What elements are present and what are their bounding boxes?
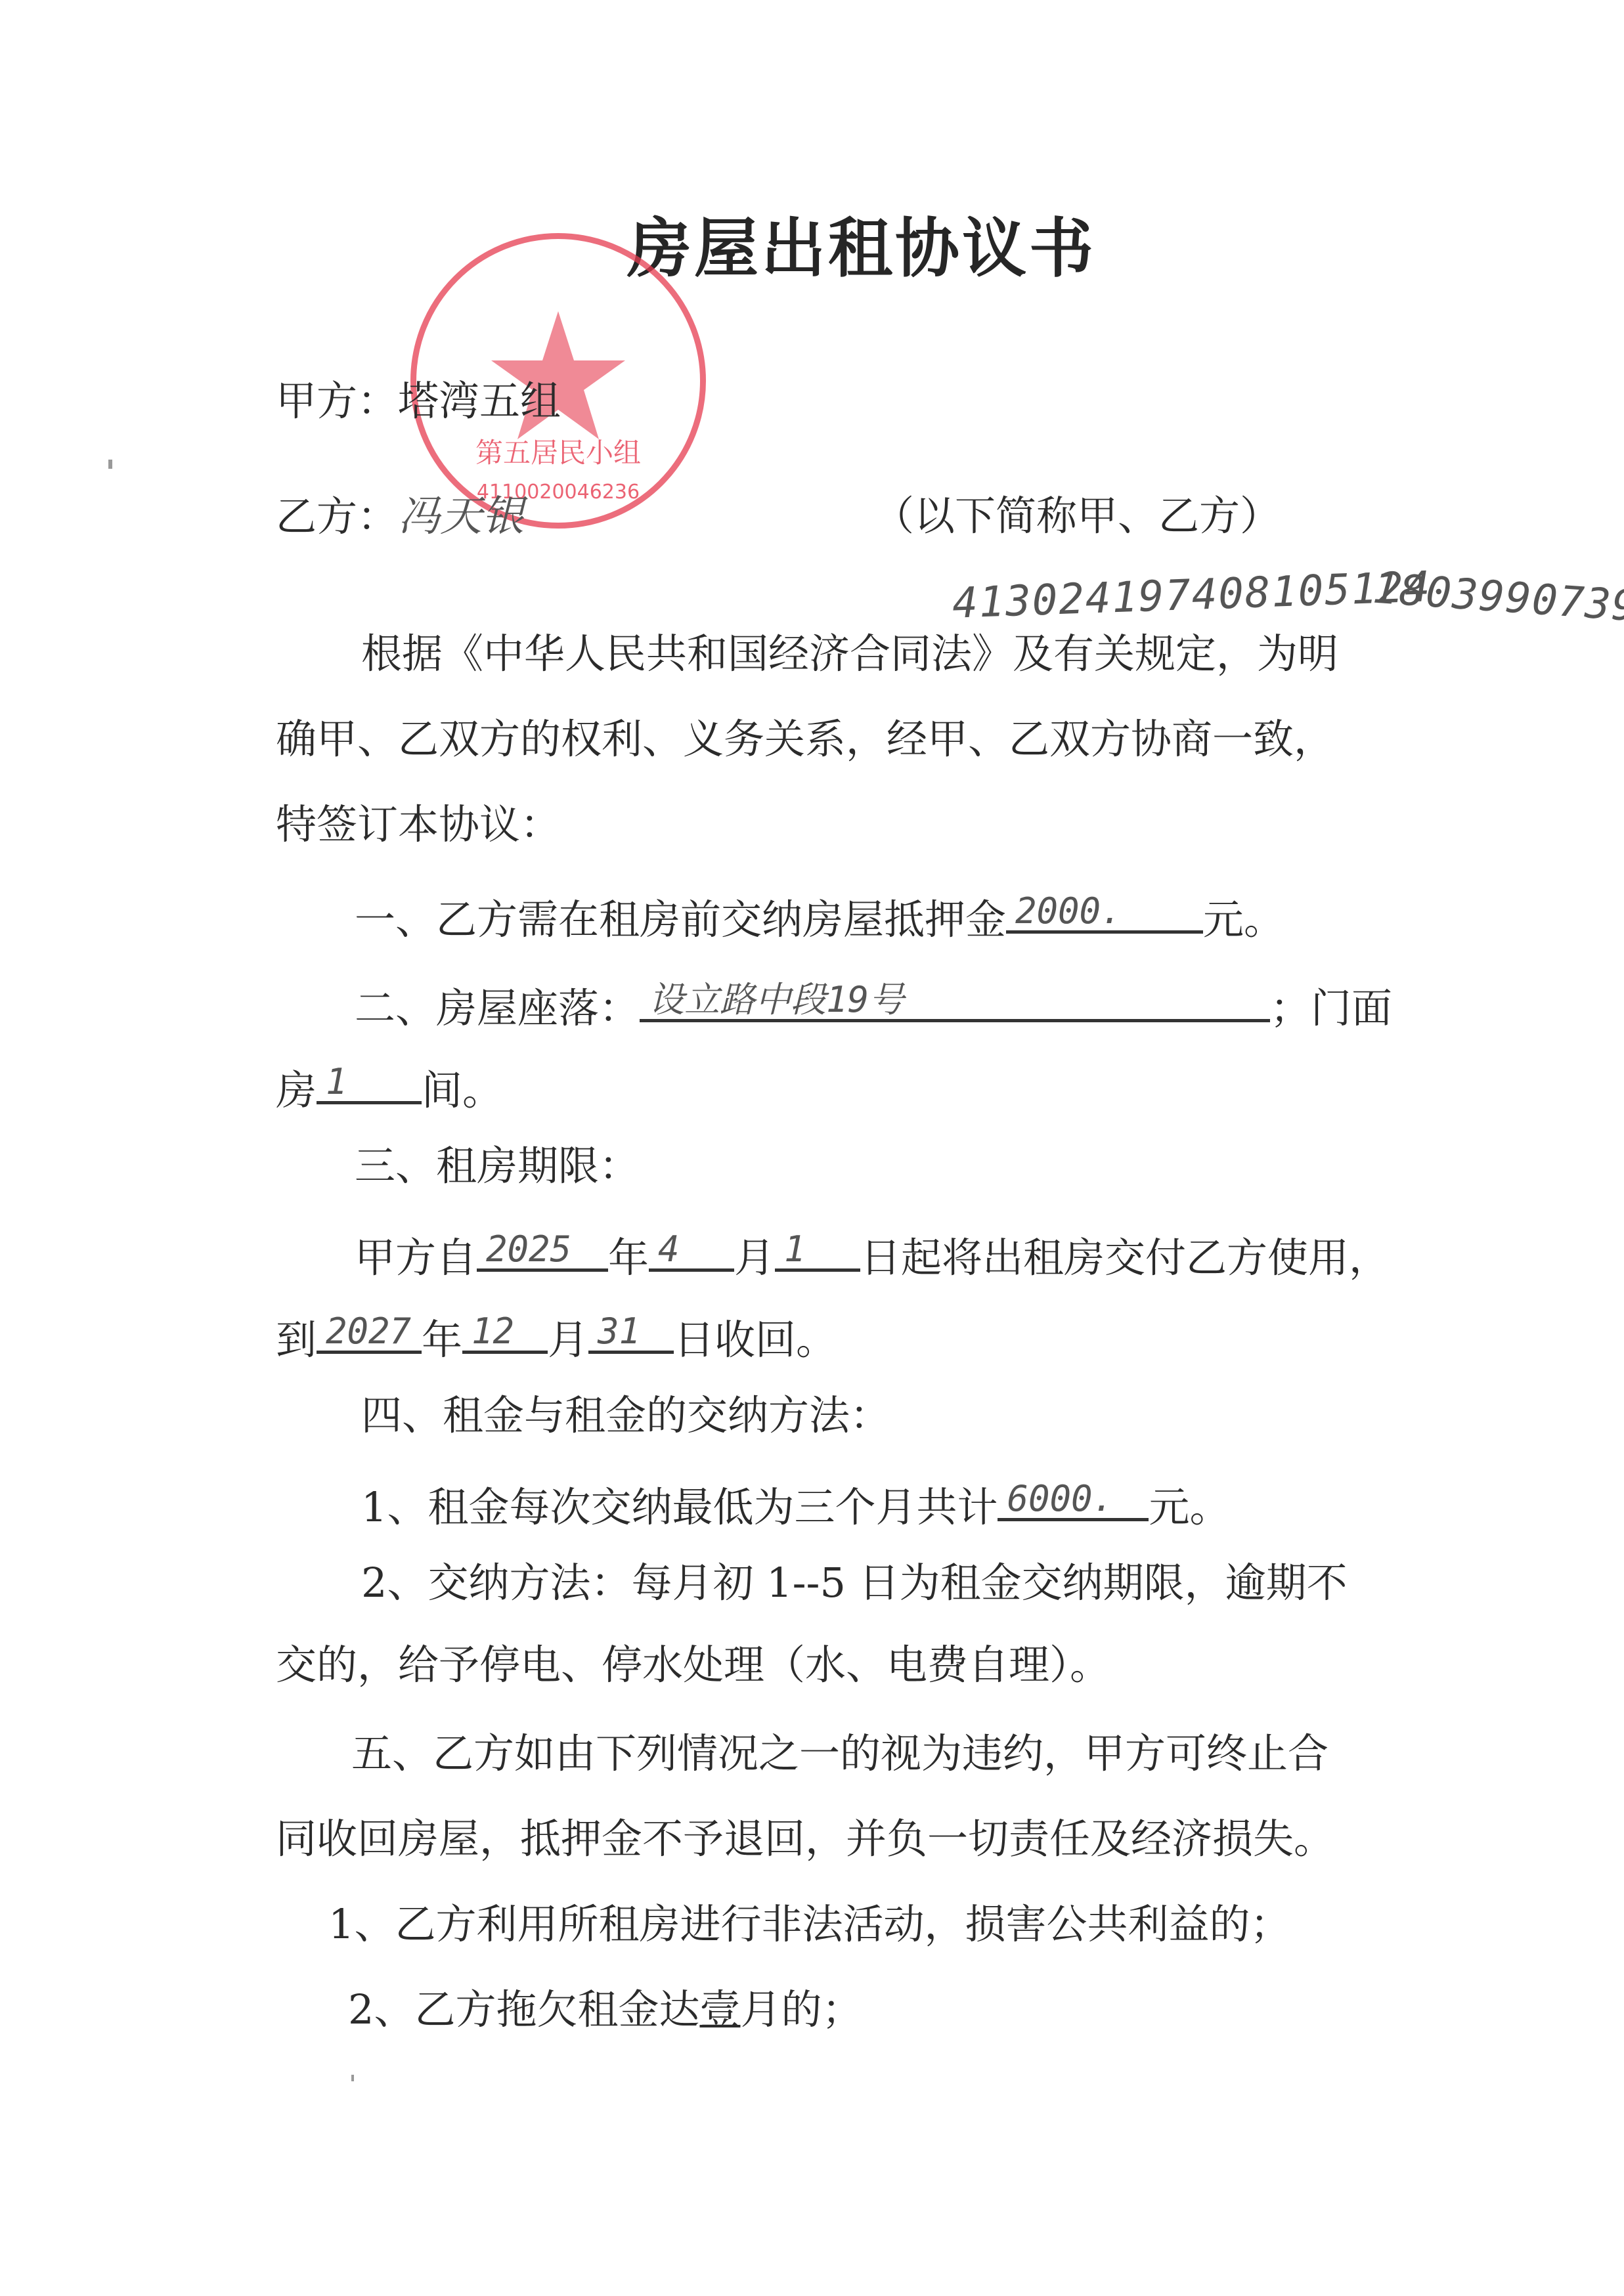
party-a-label: 甲方： [276,377,398,425]
from-suffix: 日起将出租房交付乙方使用， [860,1234,1390,1282]
end-day-field: 31 [588,1310,674,1354]
end-day: 31 [598,1314,640,1349]
scan-speck [351,2075,354,2081]
start-month-field: 4 [649,1228,734,1272]
clause-4-item-2-line-1: 2、交纳方法：每月初 1--5 日为租金交纳期限，逾期不 [361,1563,1348,1603]
intro-line-1: 根据《中华人民共和国经济合同法》及有关规定，为明 [361,634,1338,674]
rent-value: 6000. [1007,1481,1114,1517]
party-b-line: 乙方：冯天银 [276,496,524,538]
intro-line-2: 确甲、乙双方的权利、义务关系，经甲、乙双方协商一致， [276,719,1334,760]
rooms-value: 1 [326,1064,347,1100]
arrears-text: 2、乙方拖欠租金达 [348,1985,699,2033]
clause-5-line-1: 五、乙方如由下列情况之一的视为违约，甲方可终止合 [351,1733,1328,1774]
clause-2-line-2: 房1间。 [276,1060,503,1111]
to-prefix: 到 [276,1316,317,1364]
start-day: 1 [784,1232,806,1267]
start-day-field: 1 [775,1228,860,1272]
handwritten-id-number: 413024197408105124 [952,563,1432,628]
year-label-2: 年 [422,1316,462,1364]
rent-field: 6000. [998,1477,1149,1521]
end-month-field: 12 [462,1310,548,1354]
lease-start-line: 甲方自2025年4月1日起将出租房交付乙方使用， [355,1228,1390,1278]
arrears-months: 壹 [699,1985,740,2033]
clause-4-item-1: 1、租金每次交纳最低为三个月共计6000.元。 [361,1477,1230,1528]
end-year: 2027 [326,1314,411,1349]
to-suffix: 日收回。 [674,1316,837,1364]
scan-speck [108,460,112,469]
rooms-prefix: 房 [276,1066,317,1114]
clause-3-heading: 三、租房期限： [355,1146,640,1186]
clause-1-suffix: 元。 [1203,896,1284,943]
intro-line-3: 特签订本协议： [276,804,561,845]
address-value: 设立路中段19号 [649,982,904,1018]
end-year-field: 2027 [317,1310,422,1354]
start-year: 2025 [486,1232,571,1267]
rooms-field: 1 [317,1060,422,1104]
clause-4-heading: 四、租金与租金的交纳方法： [361,1395,890,1436]
arrears-suffix: 月的； [740,1985,862,2033]
rent-text: 1、租金每次交纳最低为三个月共计 [361,1483,998,1531]
clause-1: 一、乙方需在租房前交纳房屋抵押金2000.元。 [355,890,1284,940]
abbrev-note: （以下简称甲、乙方） [873,496,1281,536]
clause-5-item-1: 1、乙方利用所租房进行非法活动，损害公共利益的； [328,1904,1290,1945]
clause-2-suffix: ；门面 [1270,984,1392,1032]
clause-4-item-2-line-2: 交的，给予停电、停水处理（水、电费自理）。 [276,1645,1110,1685]
rooms-suffix: 间。 [422,1066,503,1114]
clause-2: 二、房屋座落：设立路中段19号；门面 [355,978,1392,1029]
svg-text:第五居民小组: 第五居民小组 [475,437,641,469]
party-a-value: 塔湾五组 [398,377,561,425]
address-field: 设立路中段19号 [640,978,1270,1022]
from-prefix: 甲方自 [355,1234,477,1282]
party-b-signature: 冯天银 [398,492,524,541]
party-a-line: 甲方：塔湾五组 [276,381,561,422]
month-label-2: 月 [548,1316,588,1364]
start-month: 4 [658,1232,680,1267]
clause-1-text: 一、乙方需在租房前交纳房屋抵押金 [355,896,1006,943]
start-year-field: 2025 [477,1228,608,1272]
handwritten-phone-number: 18039907399 [1371,565,1624,634]
end-month: 12 [472,1314,514,1349]
party-b-label: 乙方： [276,492,398,540]
clause-5-item-2: 2、乙方拖欠租金达壹月的； [348,1989,862,2030]
month-label: 月 [734,1234,775,1282]
deposit-value: 2000. [1015,894,1122,929]
clause-2-text: 二、房屋座落： [355,984,640,1032]
deposit-field: 2000. [1006,890,1203,934]
year-label: 年 [608,1234,649,1282]
rent-suffix: 元。 [1149,1483,1230,1531]
clause-5-line-2: 同收回房屋，抵押金不予退回，并负一切责任及经济损失。 [276,1819,1334,1859]
lease-end-line: 到2027年12月31日收回。 [276,1310,837,1360]
